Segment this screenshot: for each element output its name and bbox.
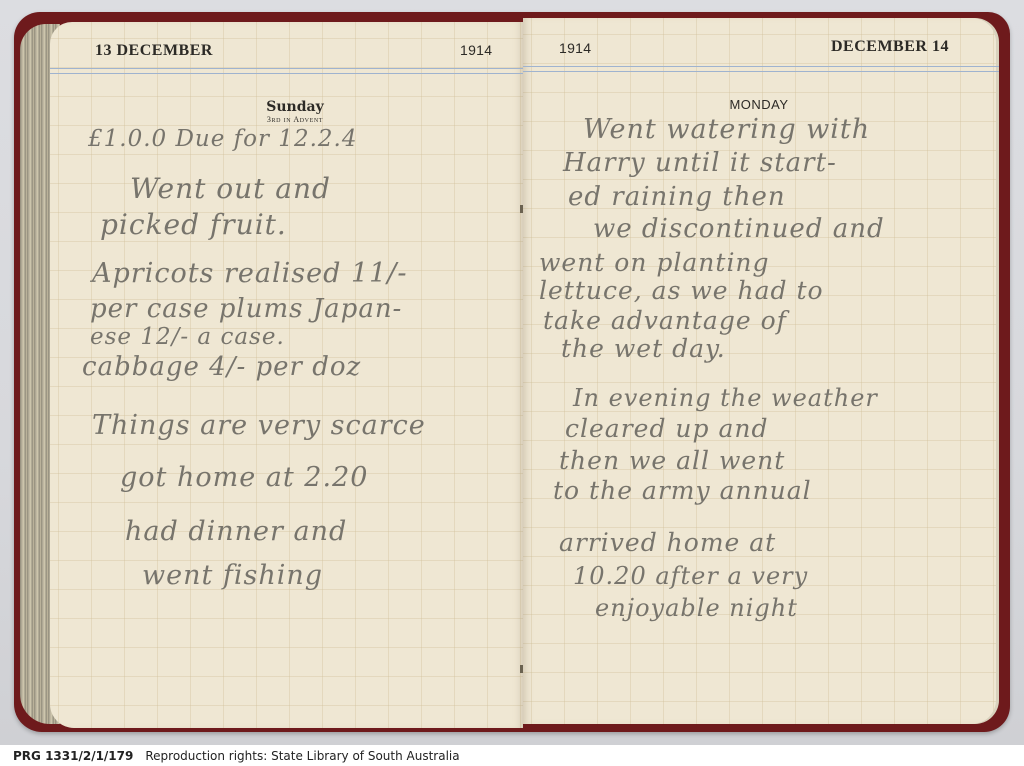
handwritten-line: had dinner and bbox=[125, 516, 347, 547]
binding-stitch bbox=[520, 665, 523, 673]
binding-stitch bbox=[520, 205, 523, 213]
left-header-date: 13 DECEMBER bbox=[95, 42, 213, 60]
right-header-date: DECEMBER 14 bbox=[831, 38, 949, 56]
day-name: MONDAY bbox=[729, 97, 788, 112]
left-header-year: 1914 bbox=[460, 42, 492, 58]
handwritten-line: take advantage of bbox=[543, 306, 787, 335]
right-header-year: 1914 bbox=[559, 40, 591, 56]
handwritten-line: cabbage 4/- per doz bbox=[82, 352, 361, 382]
handwritten-line: ese 12/- a case. bbox=[90, 324, 285, 350]
caption-bar: PRG 1331/2/1/179 Reproduction rights: St… bbox=[0, 745, 1024, 766]
archive-reference: PRG 1331/2/1/179 bbox=[13, 749, 133, 763]
right-page: 1914 DECEMBER 14 MONDAY Went watering wi… bbox=[523, 18, 999, 724]
handwritten-line: arrived home at bbox=[559, 528, 776, 557]
handwritten-line: per case plums Japan- bbox=[90, 294, 402, 324]
right-day-heading: MONDAY bbox=[713, 96, 805, 114]
handwritten-line: lettuce, as we had to bbox=[539, 276, 824, 305]
handwritten-line: enjoyable night bbox=[595, 594, 798, 622]
handwritten-line: £1.0.0 Due for 12.2.4 bbox=[88, 126, 357, 152]
handwritten-line: ed raining then bbox=[568, 182, 786, 212]
day-name: Sunday bbox=[266, 99, 323, 115]
handwritten-line: we discontinued and bbox=[593, 214, 885, 244]
handwritten-line: picked fruit. bbox=[100, 208, 287, 241]
day-subtitle: 3rd in Advent bbox=[235, 115, 355, 124]
left-day-heading: Sunday 3rd in Advent bbox=[235, 98, 355, 124]
handwritten-line: cleared up and bbox=[565, 414, 768, 443]
handwritten-line: Things are very scarce bbox=[92, 410, 426, 441]
handwritten-line: Went watering with bbox=[583, 114, 870, 145]
handwritten-line: the wet day. bbox=[561, 334, 726, 363]
handwritten-line: to the army annual bbox=[553, 476, 812, 505]
handwritten-line: then we all went bbox=[559, 446, 785, 475]
handwritten-line: Apricots realised 11/- bbox=[92, 258, 408, 289]
header-rule bbox=[50, 68, 523, 74]
handwritten-line: got home at 2.20 bbox=[120, 462, 368, 493]
handwritten-line: went on planting bbox=[539, 248, 770, 277]
left-page: 13 DECEMBER 1914 Sunday 3rd in Advent £1… bbox=[50, 22, 523, 728]
handwritten-line: 10.20 after a very bbox=[573, 562, 808, 590]
header-rule bbox=[523, 66, 999, 72]
rights-statement: Reproduction rights: State Library of So… bbox=[145, 749, 459, 763]
handwritten-line: went fishing bbox=[142, 560, 323, 591]
handwritten-line: In evening the weather bbox=[573, 384, 878, 412]
handwritten-line: Harry until it start- bbox=[563, 148, 837, 178]
handwritten-line: Went out and bbox=[130, 172, 331, 205]
